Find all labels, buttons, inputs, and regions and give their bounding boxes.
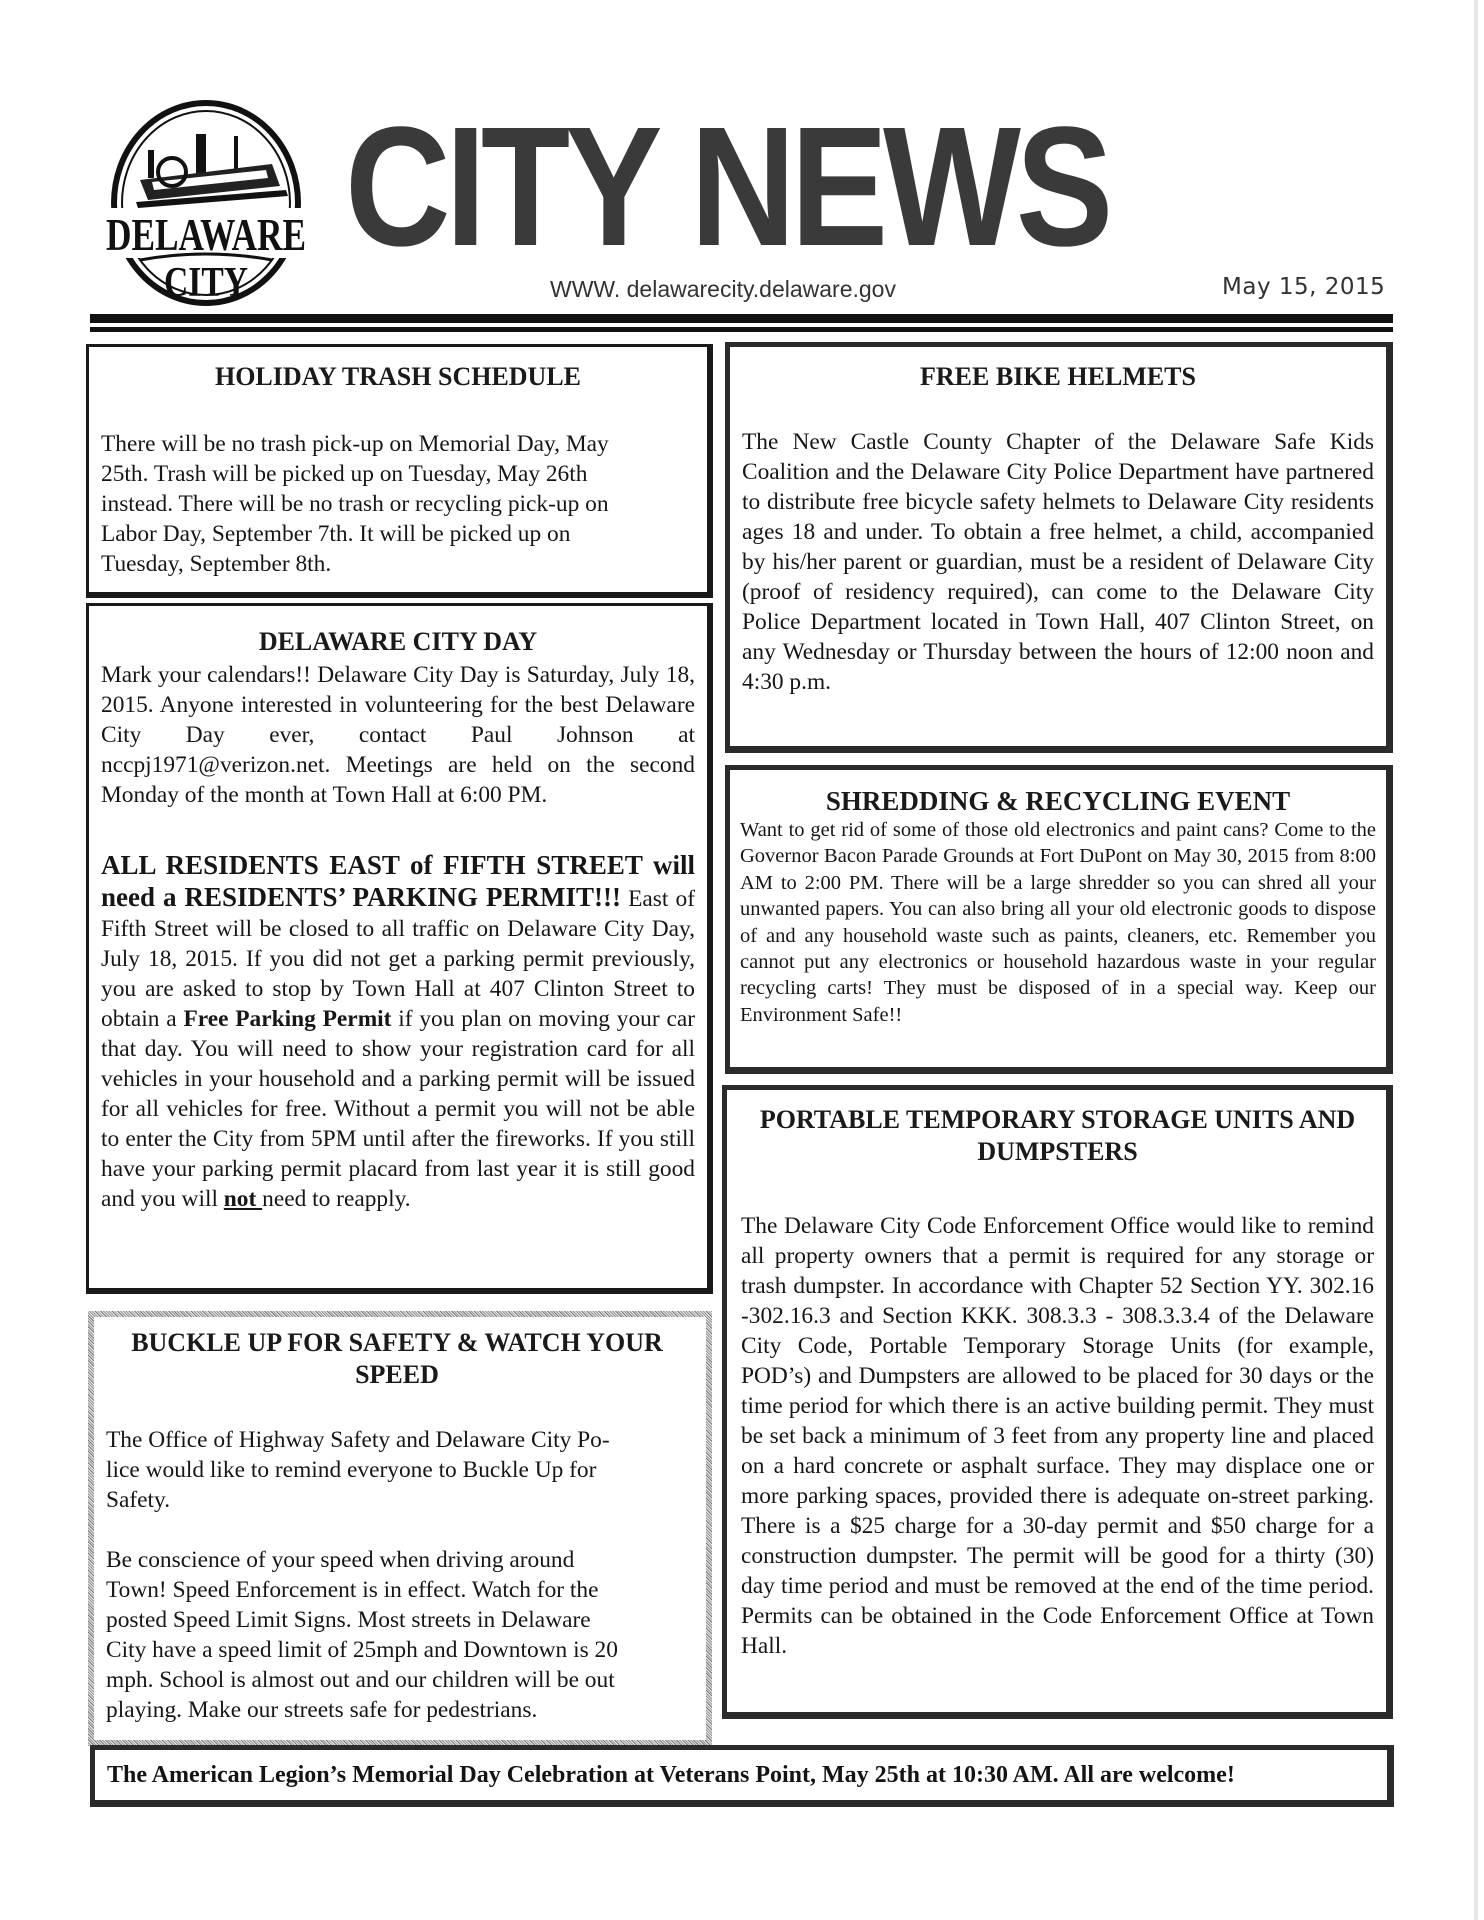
storage-units-title: PORTABLE TEMPORARY STORAGE UNITS AND DUM… — [741, 1104, 1374, 1168]
shredding-title: SHREDDING & RECYCLING EVENT — [740, 786, 1376, 817]
speed-line: playing. Make our streets safe for pedes… — [106, 1695, 688, 1725]
free-parking-permit-emphasis: Free Parking Permit — [183, 1006, 391, 1032]
bike-helmets-body: The New Castle County Chapter of the Del… — [742, 427, 1374, 697]
speed-line: mph. School is almost out and our childr… — [106, 1665, 688, 1695]
speed-line: posted Speed Limit Signs. Most streets i… — [106, 1605, 688, 1635]
newsletter-title: CITY NEWS — [345, 112, 1072, 262]
delaware-city-logo: DELAWARE CITY — [100, 98, 312, 308]
steamboat-icon: DELAWARE CITY — [100, 98, 312, 308]
svg-text:CITY: CITY — [164, 260, 248, 306]
page-edge — [1474, 0, 1478, 1920]
speed-line: City have a speed limit of 25mph and Dow… — [106, 1635, 688, 1665]
buckle-up-line: lice would like to remind everyone to Bu… — [106, 1455, 688, 1485]
parking-permit-heading: ALL RESIDENTS EAST of FIFTH STREET will … — [101, 850, 695, 912]
bike-helmets-title: FREE BIKE HELMETS — [742, 361, 1374, 392]
issue-date: May 15, 2015 — [1222, 274, 1385, 300]
holiday-trash-line: Labor Day, September 7th. It will be pic… — [101, 519, 695, 549]
shredding-recycling-box: SHREDDING & RECYCLING EVENT Want to get … — [725, 765, 1393, 1074]
spacer — [106, 1515, 688, 1545]
holiday-trash-line: There will be no trash pick-up on Memori… — [101, 429, 695, 459]
parking-body-2: if you plan on moving your car that day.… — [101, 1006, 695, 1212]
buckle-up-box: BUCKLE UP FOR SAFETY & WATCH YOUR SPEED … — [88, 1311, 712, 1746]
speed-line: Town! Speed Enforcement is in effect. Wa… — [106, 1575, 688, 1605]
holiday-trash-title: HOLIDAY TRASH SCHEDULE — [101, 361, 695, 392]
header-rule-thick — [90, 314, 1393, 323]
spacer — [101, 810, 695, 850]
memorial-day-banner: The American Legion’s Memorial Day Celeb… — [90, 1745, 1394, 1807]
buckle-up-title: BUCKLE UP FOR SAFETY & WATCH YOUR SPEED — [106, 1327, 688, 1391]
svg-text:DELAWARE: DELAWARE — [106, 209, 306, 260]
speed-line: Be conscience of your speed when driving… — [106, 1545, 688, 1575]
website-url[interactable]: WWW. delawarecity.delaware.gov — [550, 276, 896, 303]
storage-units-box: PORTABLE TEMPORARY STORAGE UNITS AND DUM… — [722, 1085, 1393, 1719]
buckle-up-line: The Office of Highway Safety and Delawar… — [106, 1425, 688, 1455]
buckle-up-line: Safety. — [106, 1485, 688, 1515]
holiday-trash-line: 25th. Trash will be picked up on Tuesday… — [101, 459, 695, 489]
city-day-body: Mark your calendars!! Delaware City Day … — [101, 660, 695, 810]
city-day-title: DELAWARE CITY DAY — [101, 626, 695, 657]
delaware-city-day-box: DELAWARE CITY DAY Mark your calendars!! … — [86, 603, 713, 1294]
not-emphasis: not — [224, 1186, 262, 1212]
header-rule-thin — [90, 327, 1393, 332]
memorial-day-banner-text: The American Legion’s Memorial Day Celeb… — [107, 1762, 1235, 1789]
holiday-trash-line: instead. There will be no trash or recyc… — [101, 489, 695, 519]
holiday-trash-schedule-box: HOLIDAY TRASH SCHEDULE There will be no … — [86, 344, 713, 598]
parking-permit-notice: ALL RESIDENTS EAST of FIFTH STREET will … — [101, 850, 695, 1214]
holiday-trash-line: Tuesday, September 8th. — [101, 549, 695, 579]
storage-units-body: The Delaware City Code Enforcement Offic… — [741, 1211, 1374, 1661]
parking-body-3: need to reapply. — [262, 1186, 411, 1212]
shredding-body: Want to get rid of some of those old ele… — [740, 817, 1376, 1028]
free-bike-helmets-box: FREE BIKE HELMETS The New Castle County … — [725, 342, 1393, 753]
